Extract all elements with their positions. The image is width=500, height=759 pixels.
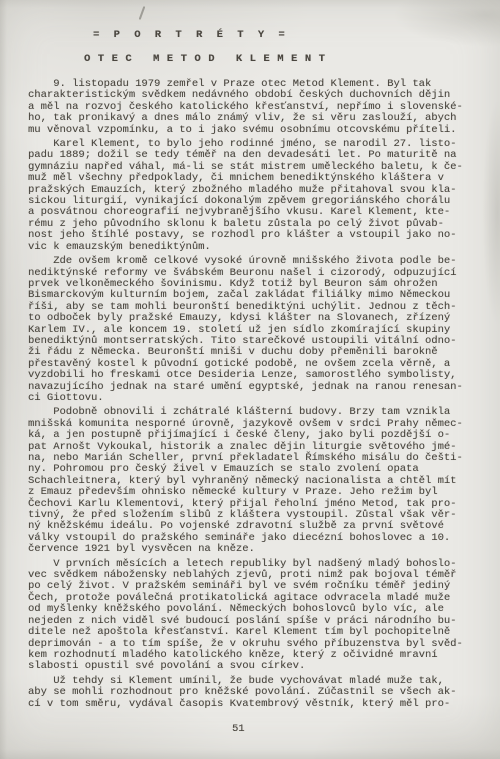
paragraph: Karel Klement, to bylo jeho rodinné jmén… [28, 139, 500, 253]
document-body: 9. listopadu 1979 zemřel v Praze otec Me… [0, 79, 500, 710]
document-page: = P O R T R É T Y = O T E C M E T O D K … [0, 0, 500, 759]
document-subtitle: O T E C M E T O D K L E M E N T [84, 53, 500, 65]
paragraph: Už tehdy si Klement umínil, že bude vych… [28, 676, 500, 710]
paragraph: Zde ovšem kromě celkové vysoké úrovně mn… [28, 256, 500, 404]
paragraph: Podobně obnovili i zchátralé klášterní b… [28, 407, 500, 555]
paragraph: V prvních měsících a letech republiky by… [28, 559, 500, 673]
paragraph: 9. listopadu 1979 zemřel v Praze otec Me… [28, 79, 500, 136]
scan-artifact-mark [139, 6, 146, 20]
document-title: = P O R T R É T Y = [93, 29, 500, 41]
page-number: 51 [232, 723, 500, 735]
